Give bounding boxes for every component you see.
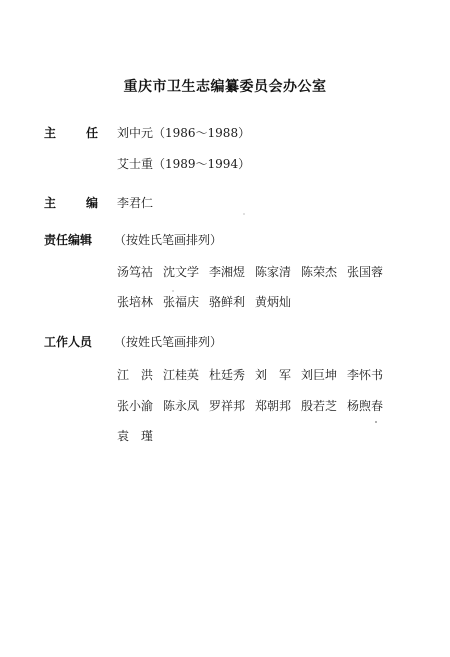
staff-name-char: 瑾 [141, 427, 153, 444]
staff-name-char: 军 [279, 366, 291, 383]
director-entry-2: 艾士重（1989～1994） [117, 155, 250, 172]
staff-name: 殷若芝 [301, 397, 347, 414]
staff-name: 杨煦春 [347, 397, 393, 414]
editor-name: 张国蓉 [347, 263, 393, 280]
director-label-char-2: 任 [86, 124, 98, 141]
staff-name: 刘 军 [255, 366, 291, 383]
page-title: 重庆市卫生志编纂委员会办公室 [0, 76, 450, 96]
staff-name: 罗祥邦 [209, 397, 255, 414]
staff-name: 江 洪 [117, 366, 153, 383]
editor-name: 张福庆 [163, 293, 209, 310]
staff-note: （按姓氏笔画排列） [114, 333, 222, 350]
staff-row-1: 江 洪 江桂英 杜廷秀 刘 军 刘巨坤 李怀书 [117, 366, 393, 383]
staff-name: 袁 瑾 [117, 427, 153, 444]
staff-row-2: 张小渝 陈永凤 罗祥邦 郑朝邦 殷若芝 杨煦春 [117, 397, 393, 414]
scan-speck [172, 290, 174, 292]
editor-name: 骆鲜利 [209, 293, 255, 310]
responsible-editors-note: （按姓氏笔画排列） [114, 231, 222, 248]
editor-name: 黄炳灿 [255, 293, 301, 310]
staff-row-3: 袁 瑾 [117, 427, 163, 444]
responsible-editors-row-1: 汤笃祜 沈文学 李湘煜 陈家清 陈荣杰 张国蓉 [117, 263, 393, 280]
document-page: 重庆市卫生志编纂委员会办公室 主 任 刘中元（1986～1988） 艾士重（19… [0, 0, 450, 657]
director-label-char-1: 主 [44, 124, 56, 141]
director-entry-1: 刘中元（1986～1988） [117, 124, 250, 141]
responsible-editors-row-2: 张培林 张福庆 骆鲜利 黄炳灿 [117, 293, 301, 310]
staff-name: 江桂英 [163, 366, 209, 383]
chief-editor-name: 李君仁 [117, 194, 153, 211]
chief-editor-label: 主 编 [44, 194, 98, 211]
staff-name: 陈永凤 [163, 397, 209, 414]
staff-name-char: 洪 [141, 366, 153, 383]
staff-name-char: 刘 [255, 366, 267, 383]
editor-name: 沈文学 [163, 263, 209, 280]
staff-name: 郑朝邦 [255, 397, 301, 414]
responsible-editors-label: 责任编辑 [44, 231, 92, 248]
staff-name-char: 袁 [117, 427, 129, 444]
editor-name: 陈家清 [255, 263, 301, 280]
staff-name: 杜廷秀 [209, 366, 255, 383]
staff-name: 张小渝 [117, 397, 163, 414]
editor-name: 汤笃祜 [117, 263, 163, 280]
editor-name: 张培林 [117, 293, 163, 310]
scan-speck [243, 213, 245, 215]
scan-speck [375, 421, 377, 423]
staff-name: 刘巨坤 [301, 366, 347, 383]
staff-name: 李怀书 [347, 366, 393, 383]
chief-editor-label-char-1: 主 [44, 194, 56, 211]
staff-name-char: 江 [117, 366, 129, 383]
editor-name: 陈荣杰 [301, 263, 347, 280]
director-label: 主 任 [44, 124, 98, 141]
chief-editor-label-char-2: 编 [86, 194, 98, 211]
staff-label: 工作人员 [44, 333, 92, 350]
editor-name: 李湘煜 [209, 263, 255, 280]
